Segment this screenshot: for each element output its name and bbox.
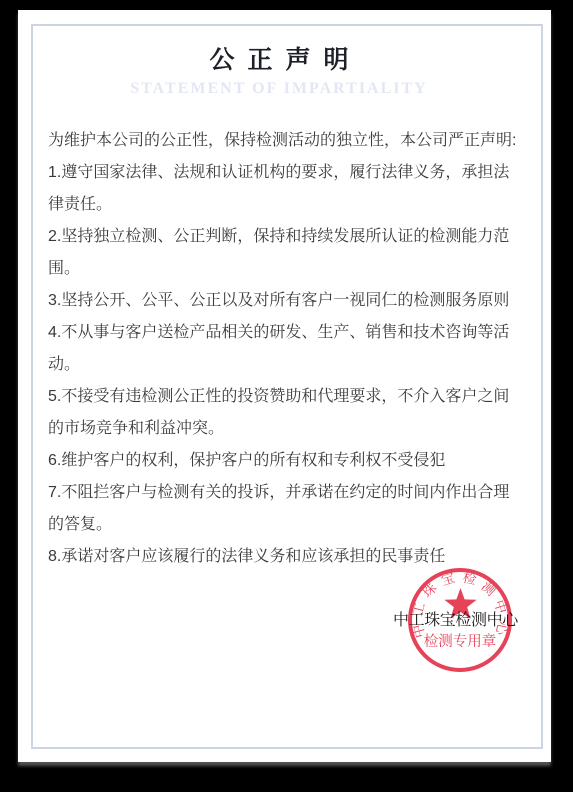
document-page: 公正声明 STATEMENT OF IMPARTIALITY 为维护本公司的公正…: [18, 10, 551, 762]
stamp-label: 检测专用章: [424, 632, 497, 650]
title-watermark: STATEMENT OF IMPARTIALITY: [48, 79, 510, 99]
body-line: 2.坚持独立检测、公正判断，保持和持续发展所认证的检测能力范: [48, 221, 510, 253]
body-line: 动。: [48, 349, 510, 381]
body-line: 7.不阻拦客户与检测有关的投诉，并承诺在约定的时间内作出合理: [48, 477, 510, 509]
body-line: 为维护本公司的公正性，保持检测活动的独立性，本公司严正声明:: [48, 125, 510, 157]
body-line: 4.不从事与客户送检产品相关的研发、生产、销售和技术咨询等活: [48, 317, 510, 349]
body-line: 3.坚持公开、公平、公正以及对所有客户一视同仁的检测服务原则: [48, 285, 510, 317]
page-content: 公正声明 STATEMENT OF IMPARTIALITY 为维护本公司的公正…: [48, 10, 510, 573]
body-line: 律责任。: [48, 189, 510, 221]
body-line: 围。: [48, 253, 510, 285]
page-title: 公正声明: [48, 46, 510, 76]
body-line: 的答复。: [48, 509, 510, 541]
body-line: 1.遵守国家法律、法规和认证机构的要求，履行法律义务，承担法: [48, 157, 510, 189]
body-line: 的市场竞争和利益冲突。: [48, 413, 510, 445]
body-line: 5.不接受有违检测公正性的投资赞助和代理要求，不介入客户之间: [48, 381, 510, 413]
company-stamp-seal: 中工珠宝检测中心 检测专用章: [405, 565, 515, 675]
body-line: 6.维护客户的权利，保护客户的所有权和专利权不受侵犯: [48, 445, 510, 477]
star-icon: [444, 588, 476, 619]
statement-body: 为维护本公司的公正性，保持检测活动的独立性，本公司严正声明:1.遵守国家法律、法…: [48, 125, 510, 573]
